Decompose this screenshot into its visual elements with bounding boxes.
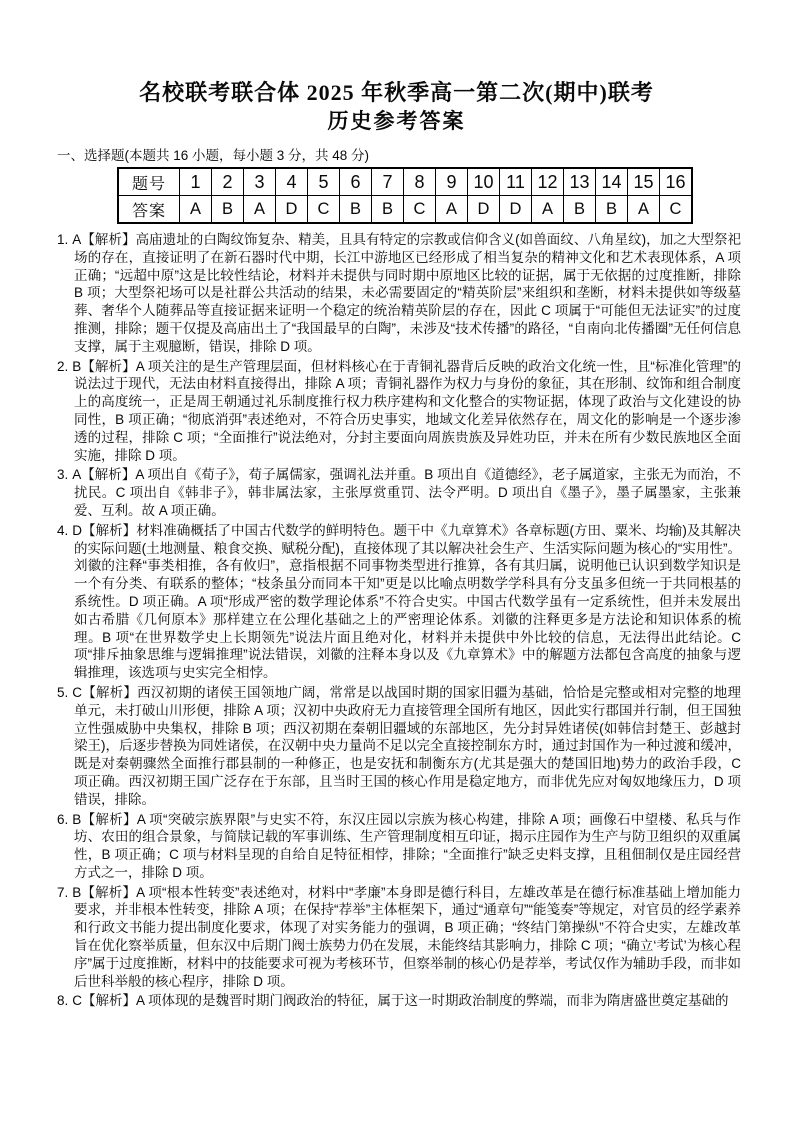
answer-cell: B <box>212 196 244 224</box>
explanation-item-6: 6.B【解析】A 项“突破宗族界限”与史实不符，东汉庄园以宗族为核心构建，排除 … <box>57 811 741 882</box>
answer-cell: A <box>436 196 468 224</box>
question-number-cell: 15 <box>628 168 660 196</box>
item-text: A 项“突破宗族界限”与史实不符，东汉庄园以宗族为核心构建，排除 A 项；画像石… <box>74 812 741 880</box>
item-text: 西汉初期的诸侯王国领地广阔，常常是以战国时期的国家旧疆为基础，恰恰是完整或相对完… <box>74 685 741 807</box>
item-answer: C <box>72 685 82 700</box>
analysis-label: 【解析】 <box>82 685 137 700</box>
question-number-cell: 4 <box>276 168 308 196</box>
item-text: A 项出自《荀子》，荀子属儒家，强调礼法并重。B 项出自《道德经》，老子属道家，… <box>74 467 741 518</box>
item-text: A 项关注的是生产管理层面，但材料核心在于青铜礼器背后反映的政治文化统一性，且“… <box>74 359 741 463</box>
question-number-cell: 2 <box>212 168 244 196</box>
item-number: 7. <box>57 885 72 900</box>
item-answer: A <box>72 232 81 247</box>
analysis-label: 【解析】 <box>81 812 137 827</box>
document-page: 名校联考联合体 2025 年秋季高一第二次(期中)联考 历史参考答案 一、选择题… <box>0 0 793 1121</box>
answer-cell: B <box>372 196 404 224</box>
item-answer: B <box>72 812 81 827</box>
answer-cell: A <box>532 196 564 224</box>
item-answer: B <box>72 359 81 374</box>
explanation-item-3: 3.A【解析】A 项出自《荀子》，荀子属儒家，强调礼法并重。B 项出自《道德经》… <box>57 466 741 519</box>
row-header-answer: 答案 <box>118 196 180 224</box>
explanation-item-2: 2.B【解析】A 项关注的是生产管理层面，但材料核心在于青铜礼器背后反映的政治文… <box>57 358 741 465</box>
item-number: 8. <box>57 993 72 1008</box>
item-number: 4. <box>57 523 72 538</box>
answer-cell: C <box>404 196 436 224</box>
answer-cell: A <box>180 196 212 224</box>
answer-cell: B <box>596 196 628 224</box>
answer-key-title: 历史参考答案 <box>0 107 793 136</box>
question-number-cell: 1 <box>180 168 212 196</box>
analysis-label: 【解析】 <box>82 523 136 538</box>
item-text: A 项“根本性转变”表述绝对，材料中“孝廉”本身即是德行科目，左雄改革是在德行标… <box>74 885 741 989</box>
answer-cell: A <box>628 196 660 224</box>
section-heading: 一、选择题(本题共 16 小题，每小题 3 分，共 48 分) <box>57 147 793 164</box>
item-text: A 项体现的是魏晋时期门阀政治的特征，属于这一时期政治制度的弊端，而非为隋唐盛世… <box>136 993 729 1008</box>
item-answer: A <box>72 467 81 482</box>
answer-cell: B <box>340 196 372 224</box>
exam-title: 名校联考联合体 2025 年秋季高一第二次(期中)联考 <box>0 78 793 107</box>
question-number-cell: 13 <box>564 168 596 196</box>
explanation-item-4: 4.D【解析】材料准确概括了中国古代数学的鲜明特色。题干中《九章算术》各章标题(… <box>57 522 741 682</box>
analysis-label: 【解析】 <box>81 232 135 247</box>
question-number-cell: 16 <box>660 168 693 196</box>
item-answer: B <box>72 885 81 900</box>
answer-cell: D <box>276 196 308 224</box>
question-number-cell: 6 <box>340 168 372 196</box>
item-number: 5. <box>57 685 72 700</box>
explanations-list: 1.A【解析】高庙遗址的白陶纹饰复杂、精美，且具有特定的宗教或信仰含义(如兽面纹… <box>57 231 741 1010</box>
answer-cell: D <box>468 196 500 224</box>
item-number: 6. <box>57 812 72 827</box>
question-number-cell: 10 <box>468 168 500 196</box>
item-number: 1. <box>57 232 72 247</box>
item-text: 材料准确概括了中国古代数学的鲜明特色。题干中《九章算术》各章标题(方田、粟米、均… <box>74 523 741 680</box>
explanation-item-7: 7.B【解析】A 项“根本性转变”表述绝对，材料中“孝廉”本身即是德行科目，左雄… <box>57 884 741 991</box>
explanation-item-8: 8.C【解析】A 项体现的是魏晋时期门阀政治的特征，属于这一时期政治制度的弊端，… <box>57 992 741 1010</box>
analysis-label: 【解析】 <box>81 359 135 374</box>
question-number-cell: 8 <box>404 168 436 196</box>
item-text: 高庙遗址的白陶纹饰复杂、精美，且具有特定的宗教或信仰含义(如兽面纹、八角星纹)，… <box>74 232 741 354</box>
question-number-cell: 11 <box>500 168 532 196</box>
item-number: 2. <box>57 359 72 374</box>
answer-cell: B <box>564 196 596 224</box>
item-answer: C <box>72 993 82 1008</box>
analysis-label: 【解析】 <box>82 993 136 1008</box>
analysis-label: 【解析】 <box>81 467 135 482</box>
question-number-cell: 3 <box>244 168 276 196</box>
answer-table: 题号 1 2 3 4 5 6 7 8 9 10 11 12 13 14 15 1… <box>117 167 693 224</box>
answer-cell: D <box>500 196 532 224</box>
question-number-cell: 7 <box>372 168 404 196</box>
item-answer: D <box>72 523 82 538</box>
answer-cell: A <box>244 196 276 224</box>
analysis-label: 【解析】 <box>81 885 136 900</box>
explanation-item-1: 1.A【解析】高庙遗址的白陶纹饰复杂、精美，且具有特定的宗教或信仰含义(如兽面纹… <box>57 231 741 356</box>
question-number-cell: 5 <box>308 168 340 196</box>
explanation-item-5: 5.C【解析】西汉初期的诸侯王国领地广阔，常常是以战国时期的国家旧疆为基础，恰恰… <box>57 684 741 809</box>
question-number-cell: 9 <box>436 168 468 196</box>
question-number-cell: 12 <box>532 168 564 196</box>
title-block: 名校联考联合体 2025 年秋季高一第二次(期中)联考 历史参考答案 <box>0 0 793 136</box>
answer-cell: C <box>308 196 340 224</box>
row-header-question-number: 题号 <box>118 168 180 196</box>
question-number-row: 题号 1 2 3 4 5 6 7 8 9 10 11 12 13 14 15 1… <box>118 168 692 196</box>
answer-row: 答案 A B A D C B B C A D D A B B A C <box>118 196 692 224</box>
question-number-cell: 14 <box>596 168 628 196</box>
answer-cell: C <box>660 196 693 224</box>
item-number: 3. <box>57 467 72 482</box>
